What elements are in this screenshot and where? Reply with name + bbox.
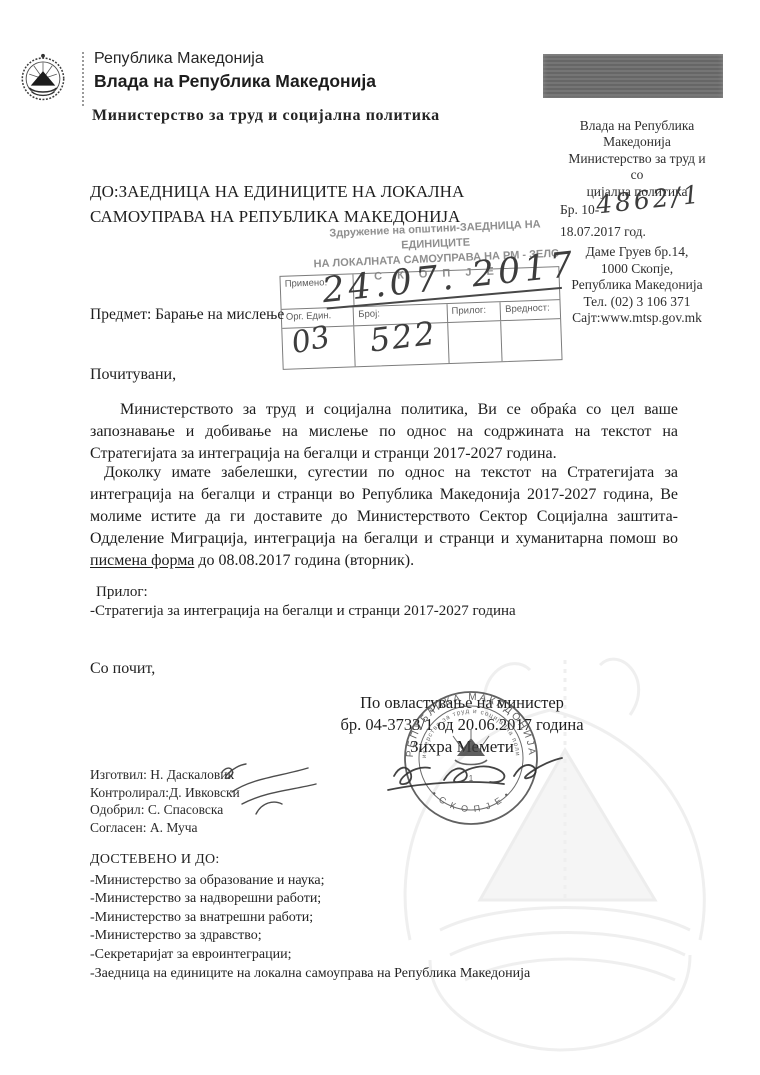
distribution-item: -Заедница на единиците на локална самоуп…: [90, 965, 530, 984]
recipient-line1: ДО:ЗАЕДНИЦА НА ЕДИНИЦИТЕ НА ЛОКАЛНА: [90, 180, 510, 205]
p2-text-post: до 08.08.2017 година (вторник).: [194, 552, 414, 569]
address-line: Сајт:www.mtsp.gov.mk: [534, 310, 740, 326]
letterhead-line: Влада на Република: [534, 118, 740, 134]
subject-line: Предмет: Барање на мислење: [90, 306, 284, 324]
address-line: Тел. (02) 3 106 371: [534, 294, 740, 310]
stamp-field-vrednost: Вредност:: [500, 300, 560, 320]
header-government: Влада на Република Македонија: [94, 71, 376, 92]
distribution-item: -Секретаријат за евроинтеграции;: [90, 946, 530, 965]
stamp-value-vrednost-cell: [501, 319, 562, 361]
redaction-block: [543, 54, 723, 98]
letterhead-line: Министерство за труд и: [534, 151, 740, 167]
stamp-field-prilog: Прилог:: [446, 302, 500, 322]
distribution-block: ДОСТЕВЕНО И ДО: -Министерство за образов…: [90, 851, 530, 983]
header-divider: [82, 52, 84, 106]
p2-underlined-phrase: писмена форма: [90, 552, 194, 569]
attachment-label: Прилог:: [96, 584, 148, 601]
attachment-item: -Стратегија за интеграција на бегалци и …: [90, 603, 516, 620]
body-paragraph-1: Министерството за труд и социјална полит…: [90, 399, 678, 465]
received-stamp-table: Примено: Орг. Един. Број: Прилог: Вредно…: [279, 266, 562, 370]
distribution-item: -Министерство за надворешни работи;: [90, 890, 530, 909]
watermark-emblem: [370, 600, 760, 1070]
handwritten-letter-number: 4862/1: [595, 187, 702, 214]
official-agreed-by: Согласен: А. Муча: [90, 819, 240, 837]
header-country: Република Македонија: [94, 50, 264, 68]
closing-phrase: Со почит,: [90, 660, 155, 678]
handwritten-org-edin: 03: [289, 320, 333, 362]
body-paragraph-2: Доколку имате забелешки, сугестии по одн…: [90, 462, 678, 572]
coat-of-arms-logo: [20, 48, 66, 108]
letter-number-label: Бр. 10-: [560, 202, 599, 217]
officials-initials-scribble: [212, 758, 332, 818]
p2-text-pre: Доколку имате забелешки, сугестии по одн…: [90, 464, 678, 547]
minister-signature-scribble: [386, 724, 576, 804]
letterhead-line: со: [534, 167, 740, 183]
stamp-value-prilog-cell: [447, 321, 502, 363]
scanned-letter-page: Република Македонија Влада на Република …: [0, 0, 760, 1075]
distribution-item: -Министерство за здравство;: [90, 927, 530, 946]
letterhead-line: Македонија: [534, 134, 740, 150]
header-ministry: Министерство за труд и социјална политик…: [92, 107, 440, 125]
salutation: Почитувани,: [90, 366, 176, 384]
handwritten-broj: 522: [368, 314, 439, 360]
distribution-item: -Министерство за образование и наука;: [90, 872, 530, 891]
distribution-header: ДОСТЕВЕНО И ДО:: [90, 851, 530, 870]
distribution-item: -Министерство за внатрешни работи;: [90, 909, 530, 928]
